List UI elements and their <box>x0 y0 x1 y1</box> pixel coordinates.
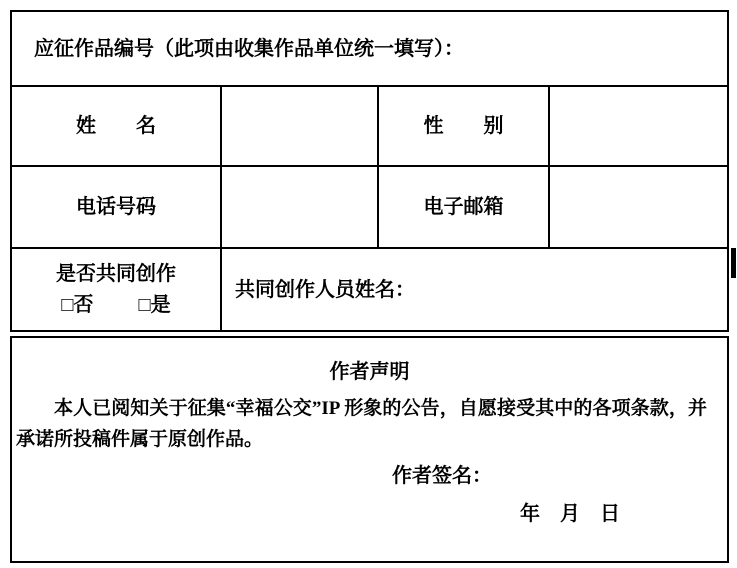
date-label: 年 月 日 <box>520 503 620 525</box>
email-label-cell: 电子邮箱 <box>379 167 550 249</box>
name-value-cell[interactable] <box>222 87 379 167</box>
phone-label: 电话号码 <box>76 194 156 220</box>
work-number-cell[interactable]: 应征作品编号（此项由收集作品单位统一填写）： <box>12 12 727 87</box>
text-cursor-mark <box>731 248 736 278</box>
co-creation-question-cell: 是否共同创作 □否 □是 <box>12 249 222 330</box>
name-label-cell: 姓 名 <box>12 87 222 167</box>
gender-label: 性 别 <box>424 113 504 139</box>
signature-line[interactable]: 作者签名： <box>392 465 723 487</box>
phone-label-cell: 电话号码 <box>12 167 222 249</box>
phone-value-cell[interactable] <box>222 167 379 249</box>
gender-label-cell: 性 别 <box>379 87 550 167</box>
signature-label: 作者签名： <box>392 465 492 487</box>
checkbox-option-no[interactable]: □否 <box>61 290 93 321</box>
work-number-label: 应征作品编号（此项由收集作品单位统一填写）： <box>34 36 464 62</box>
author-statement-box: 作者声明 本人已阅知关于征集“幸福公交”IP 形象的公告，自愿接受其中的各项条款… <box>10 336 729 563</box>
email-label: 电子邮箱 <box>424 194 504 220</box>
co-creation-options: □否 □是 <box>61 290 170 321</box>
applicant-info-table: 应征作品编号（此项由收集作品单位统一填写）： 姓 名 性 别 电话号码 电子邮箱… <box>10 10 729 332</box>
gender-value-cell[interactable] <box>550 87 727 167</box>
statement-title: 作者声明 <box>16 360 723 384</box>
name-label: 姓 名 <box>76 113 156 139</box>
checkbox-option-yes[interactable]: □是 <box>139 290 171 321</box>
co-creation-members-cell[interactable]: 共同创作人员姓名： <box>222 249 727 330</box>
co-creation-question-label: 是否共同创作 <box>56 259 176 290</box>
co-creation-members-label: 共同创作人员姓名： <box>235 277 415 303</box>
statement-body: 本人已阅知关于征集“幸福公交”IP 形象的公告，自愿接受其中的各项条款，并承诺所… <box>16 393 723 455</box>
email-value-cell[interactable] <box>550 167 727 249</box>
date-line[interactable]: 年 月 日 <box>520 503 723 525</box>
application-form-page: 应征作品编号（此项由收集作品单位统一填写）： 姓 名 性 别 电话号码 电子邮箱… <box>0 0 737 568</box>
